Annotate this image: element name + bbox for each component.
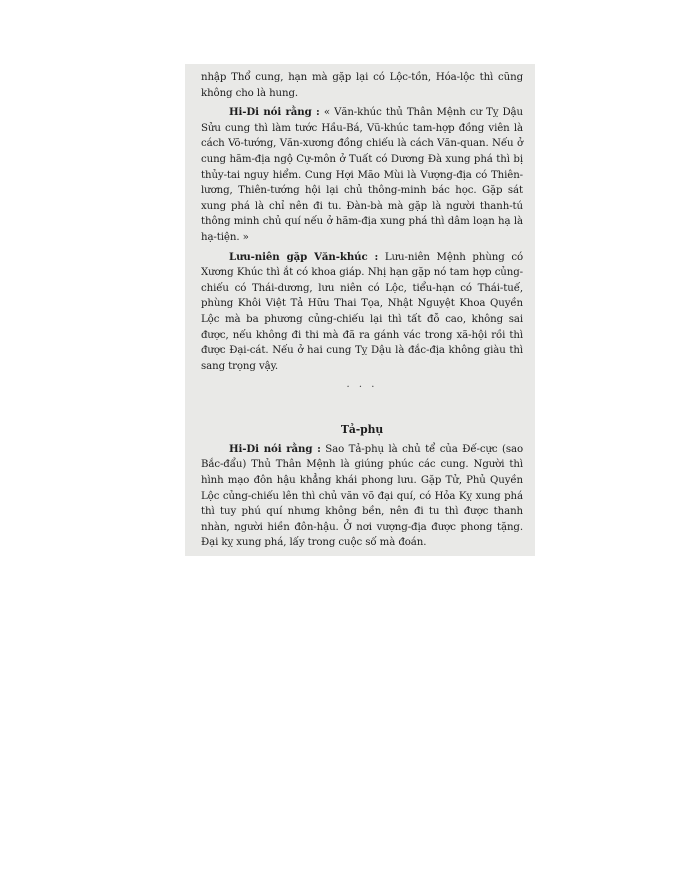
paragraph-hi-di-van-khuc: Hi-Di nói rằng : « Văn-khúc thủ Thân Mện…	[201, 105, 523, 245]
opening-lines: nhập Thổ cung, hạn mà gặp lại có Lộc-tồn…	[201, 70, 523, 101]
scanned-book-page: nhập Thổ cung, hạn mà gặp lại có Lộc-tồn…	[185, 64, 535, 556]
paragraph-lead: Hi-Di nói rằng :	[229, 443, 321, 455]
paragraph-text: Lưu-niên Mệnh phùng có Xương Khúc thì ắt…	[201, 252, 523, 372]
section-title: Tả-phụ	[201, 422, 523, 438]
paragraph-lead: Hi-Di nói rằng :	[229, 106, 320, 118]
paragraph-luu-nien: Lưu-niên gặp Văn-khúc : Lưu-niên Mệnh ph…	[201, 250, 523, 375]
separator-dots: · · ·	[201, 380, 523, 392]
paragraph-ta-phu: Hi-Di nói rằng : Sao Tả-phụ là chủ tể củ…	[201, 442, 523, 551]
paragraph-text: « Văn-khúc thủ Thân Mệnh cư Tỵ Dậu Sửu c…	[201, 107, 523, 243]
paragraph-lead: Lưu-niên gặp Văn-khúc :	[229, 251, 378, 263]
paragraph-text: Sao Tả-phụ là chủ tể của Đế-cực (sao Bắc…	[201, 444, 523, 549]
